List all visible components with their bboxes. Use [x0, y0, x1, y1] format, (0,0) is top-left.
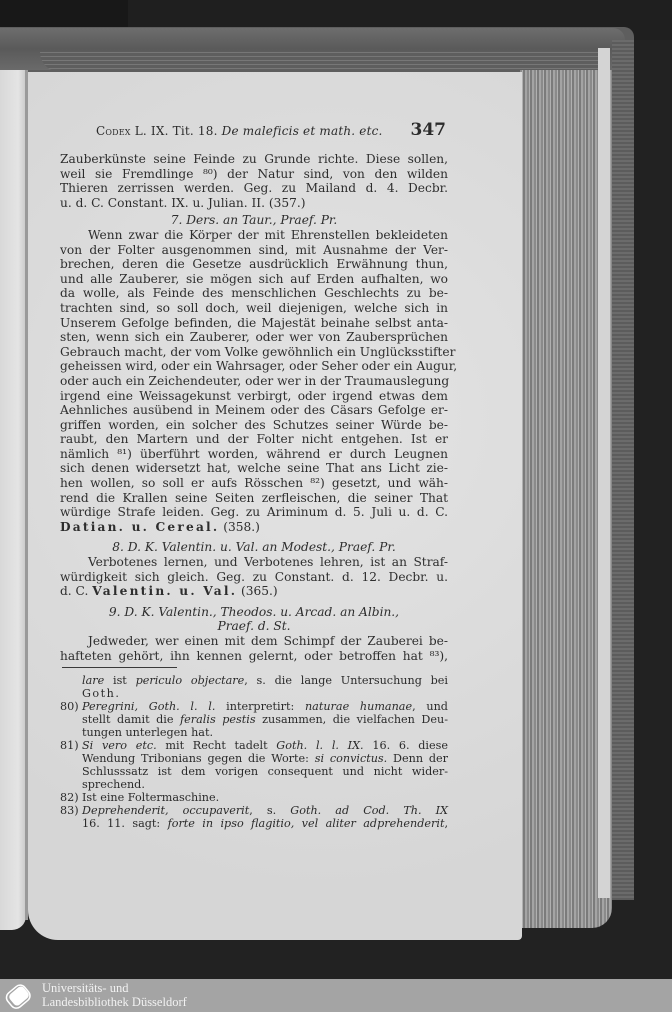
fn-text: Denn der	[387, 752, 448, 765]
text-line: würdigkeit sich gleich. Geg. zu Constant…	[60, 570, 448, 585]
running-head-latin-title: De maleficis et math. etc.	[222, 124, 383, 138]
library-name-line1: Universitäts- und	[42, 981, 187, 995]
fn-italic: feralis pestis	[180, 713, 256, 726]
running-title: Codex L. IX. Tit. 18. De maleficis et ma…	[96, 124, 383, 138]
text-line: griffen worden, ein solcher des Schutzes…	[60, 418, 448, 433]
fn-text: Wendung Tribonians gegen die Worte:	[82, 752, 315, 765]
text-line: hafteten gehört, ihn kennen gelernt, ode…	[60, 649, 448, 664]
footnote-number: 80)	[60, 700, 82, 713]
emperor-names: Valentin. u. Val.	[92, 584, 237, 598]
text-line: raubt, den Martern und der Folter nicht …	[60, 432, 448, 447]
text-line: oder auch ein Zeichendeuter, oder wer in…	[60, 374, 448, 389]
footnote-80-cont: stellt damit die feralis pestis zusammen…	[60, 713, 448, 726]
fn-italic: Peregrini, Goth. l. l.	[82, 700, 215, 713]
text-line: von der Folter ausgenommen sind, mit Aus…	[60, 243, 448, 258]
footnote-83: 83)Deprehenderit, occupaverit, s. Goth. …	[60, 804, 448, 817]
consul-prefix: d. C.	[60, 584, 92, 598]
text-line: Jedweder, wer einen mit dem Schimpf der …	[60, 634, 448, 649]
text-line: Aehnliches ausübend in Meinem oder des C…	[60, 403, 448, 418]
text-line: Gebrauch macht, der vom Volke gewöhnlich…	[60, 345, 448, 360]
library-banner: Universitäts- und Landesbibliothek Düsse…	[0, 979, 672, 1012]
date-ref: (365.)	[237, 584, 278, 598]
fn-italic: Goth. ad Cod. Th. IX	[290, 804, 448, 817]
footnote-continuation: lare ist periculo objectare, s. die lang…	[60, 674, 448, 687]
fn-text: mit Recht tadelt	[157, 739, 277, 752]
text-line: da wolle, als Feinde des menschlichen Ge…	[60, 286, 448, 301]
footnote-rule	[62, 667, 177, 668]
section-9-heading: 9. D. K. Valentin., Theodos. u. Arcad. a…	[60, 605, 448, 620]
text-line: nämlich ⁸¹) überführt worden, während er…	[60, 447, 448, 462]
fn-text: 16. 11. sagt:	[82, 817, 168, 830]
page-text: Zauberkünste seine Feinde zu Grunde rich…	[60, 152, 448, 830]
text-line: trachten sind, so soll doch, weil diejen…	[60, 301, 448, 316]
text-line: Verbotenes lernen, und Verbotenes lehren…	[60, 555, 448, 570]
fn-italic: lare	[82, 674, 104, 687]
running-head-book: L. IX.	[135, 124, 169, 138]
text-line: Datian. u. Cereal. (358.)	[60, 520, 448, 535]
page-stack-top	[40, 52, 600, 72]
footnote-81-cont: Schlusssatz ist dem vorigen consequent u…	[60, 765, 448, 778]
date-ref: (358.)	[219, 520, 260, 534]
footnote-continuation: Goth.	[60, 687, 448, 700]
fn-italic: si convictus.	[315, 752, 388, 765]
book-cover-right-edge	[612, 40, 634, 900]
footnote-81-cont: sprechend.	[60, 778, 448, 791]
footnote-80: 80)Peregrini, Goth. l. l. interpretirt: …	[60, 700, 448, 713]
fn-italic: Si vero etc.	[82, 739, 157, 752]
section-7-heading: 7. Ders. an Taur., Praef. Pr.	[60, 213, 448, 228]
footnote-number: 82)	[60, 791, 82, 804]
text-line: sich denen widersetzt hat, welche seine …	[60, 461, 448, 476]
emperor-names: Datian. u. Cereal.	[60, 520, 219, 534]
text-line: irgend eine Weissagekunst verbirgt, oder…	[60, 389, 448, 404]
fn-text: interpretirt:	[215, 700, 305, 713]
text-line: u. d. C. Constant. IX. u. Julian. II. (3…	[60, 196, 448, 211]
text-line: hen wollen, so soll er aufs Rösschen ⁸²)…	[60, 476, 448, 491]
text-line: und alle Zauberer, sie mögen sich auf Er…	[60, 272, 448, 287]
fn-text: ist	[104, 674, 135, 687]
fn-italic: naturae humanae	[305, 700, 412, 713]
running-head: Codex L. IX. Tit. 18. De maleficis et ma…	[96, 120, 446, 140]
text-line: Unserem Gefolge befinden, die Majestät b…	[60, 316, 448, 331]
fn-italic: Goth. l. l. IX.	[276, 739, 363, 752]
footnote-number: 83)	[60, 804, 82, 817]
footnote-82: 82)Ist eine Foltermaschine.	[60, 791, 448, 804]
text-line: geheissen wird, oder ein Wahrsager, oder…	[60, 359, 448, 374]
section-8-heading: 8. D. K. Valentin. u. Val. an Modest., P…	[60, 540, 448, 555]
section-9-heading-cont: Praef. d. St.	[60, 619, 448, 634]
fn-italic: forte in ipso flagitio, vel aliter adpre…	[168, 817, 445, 830]
fn-italic: Deprehenderit, occupaverit	[82, 804, 249, 817]
book-logo-icon	[4, 981, 34, 1011]
text-line: d. C. Valentin. u. Val. (365.)	[60, 584, 448, 599]
fn-text: stellt damit die	[82, 713, 180, 726]
text-line: rend die Krallen seine Seiten zerfleisch…	[60, 491, 448, 506]
fn-text: , s. die lange Untersuchung bei	[244, 674, 448, 687]
page-stack-highlight	[598, 48, 610, 898]
footnote-81: 81)Si vero etc. mit Recht tadelt Goth. l…	[60, 739, 448, 752]
library-name: Universitäts- und Landesbibliothek Düsse…	[42, 981, 187, 1009]
fn-italic: periculo objectare	[136, 674, 245, 687]
text-line: brechen, deren die Gesetze ausdrücklich …	[60, 257, 448, 272]
running-head-codex: Codex	[96, 124, 131, 138]
footnotes: lare ist periculo objectare, s. die lang…	[60, 674, 448, 830]
footnote-81-cont: Wendung Tribonians gegen die Worte: si c…	[60, 752, 448, 765]
footnote-number: 81)	[60, 739, 82, 752]
fn-text: , s.	[249, 804, 290, 817]
library-name-line2: Landesbibliothek Düsseldorf	[42, 995, 187, 1009]
text-line: sten, wenn sich ein Zauberer, oder wer v…	[60, 330, 448, 345]
left-page-sliver	[0, 70, 26, 930]
fn-text: Ist eine Foltermaschine.	[82, 791, 219, 804]
text-line: würdige Strafe leiden. Geg. zu Ariminum …	[60, 505, 448, 520]
text-line: Thieren zerrissen werden. Geg. zu Mailan…	[60, 181, 448, 196]
footnote-80-cont: tungen unterlegen hat.	[60, 726, 448, 739]
footnote-83-cont: 16. 11. sagt: forte in ipso flagitio, ve…	[60, 817, 448, 830]
page-number: 347	[411, 120, 447, 140]
fn-text: zusammen, die vielfachen Deu-	[256, 713, 448, 726]
text-line: weil sie Fremdlinge ⁸⁰) der Natur sind, …	[60, 167, 448, 182]
text-line: Zauberkünste seine Feinde zu Grunde rich…	[60, 152, 448, 167]
fn-text: ,	[444, 817, 448, 830]
fn-text: 16. 6. diese	[364, 739, 448, 752]
fn-text: , und	[412, 700, 448, 713]
running-head-title-number: Tit. 18.	[173, 124, 218, 138]
text-line: Wenn zwar die Körper der mit Ehrenstelle…	[60, 228, 448, 243]
